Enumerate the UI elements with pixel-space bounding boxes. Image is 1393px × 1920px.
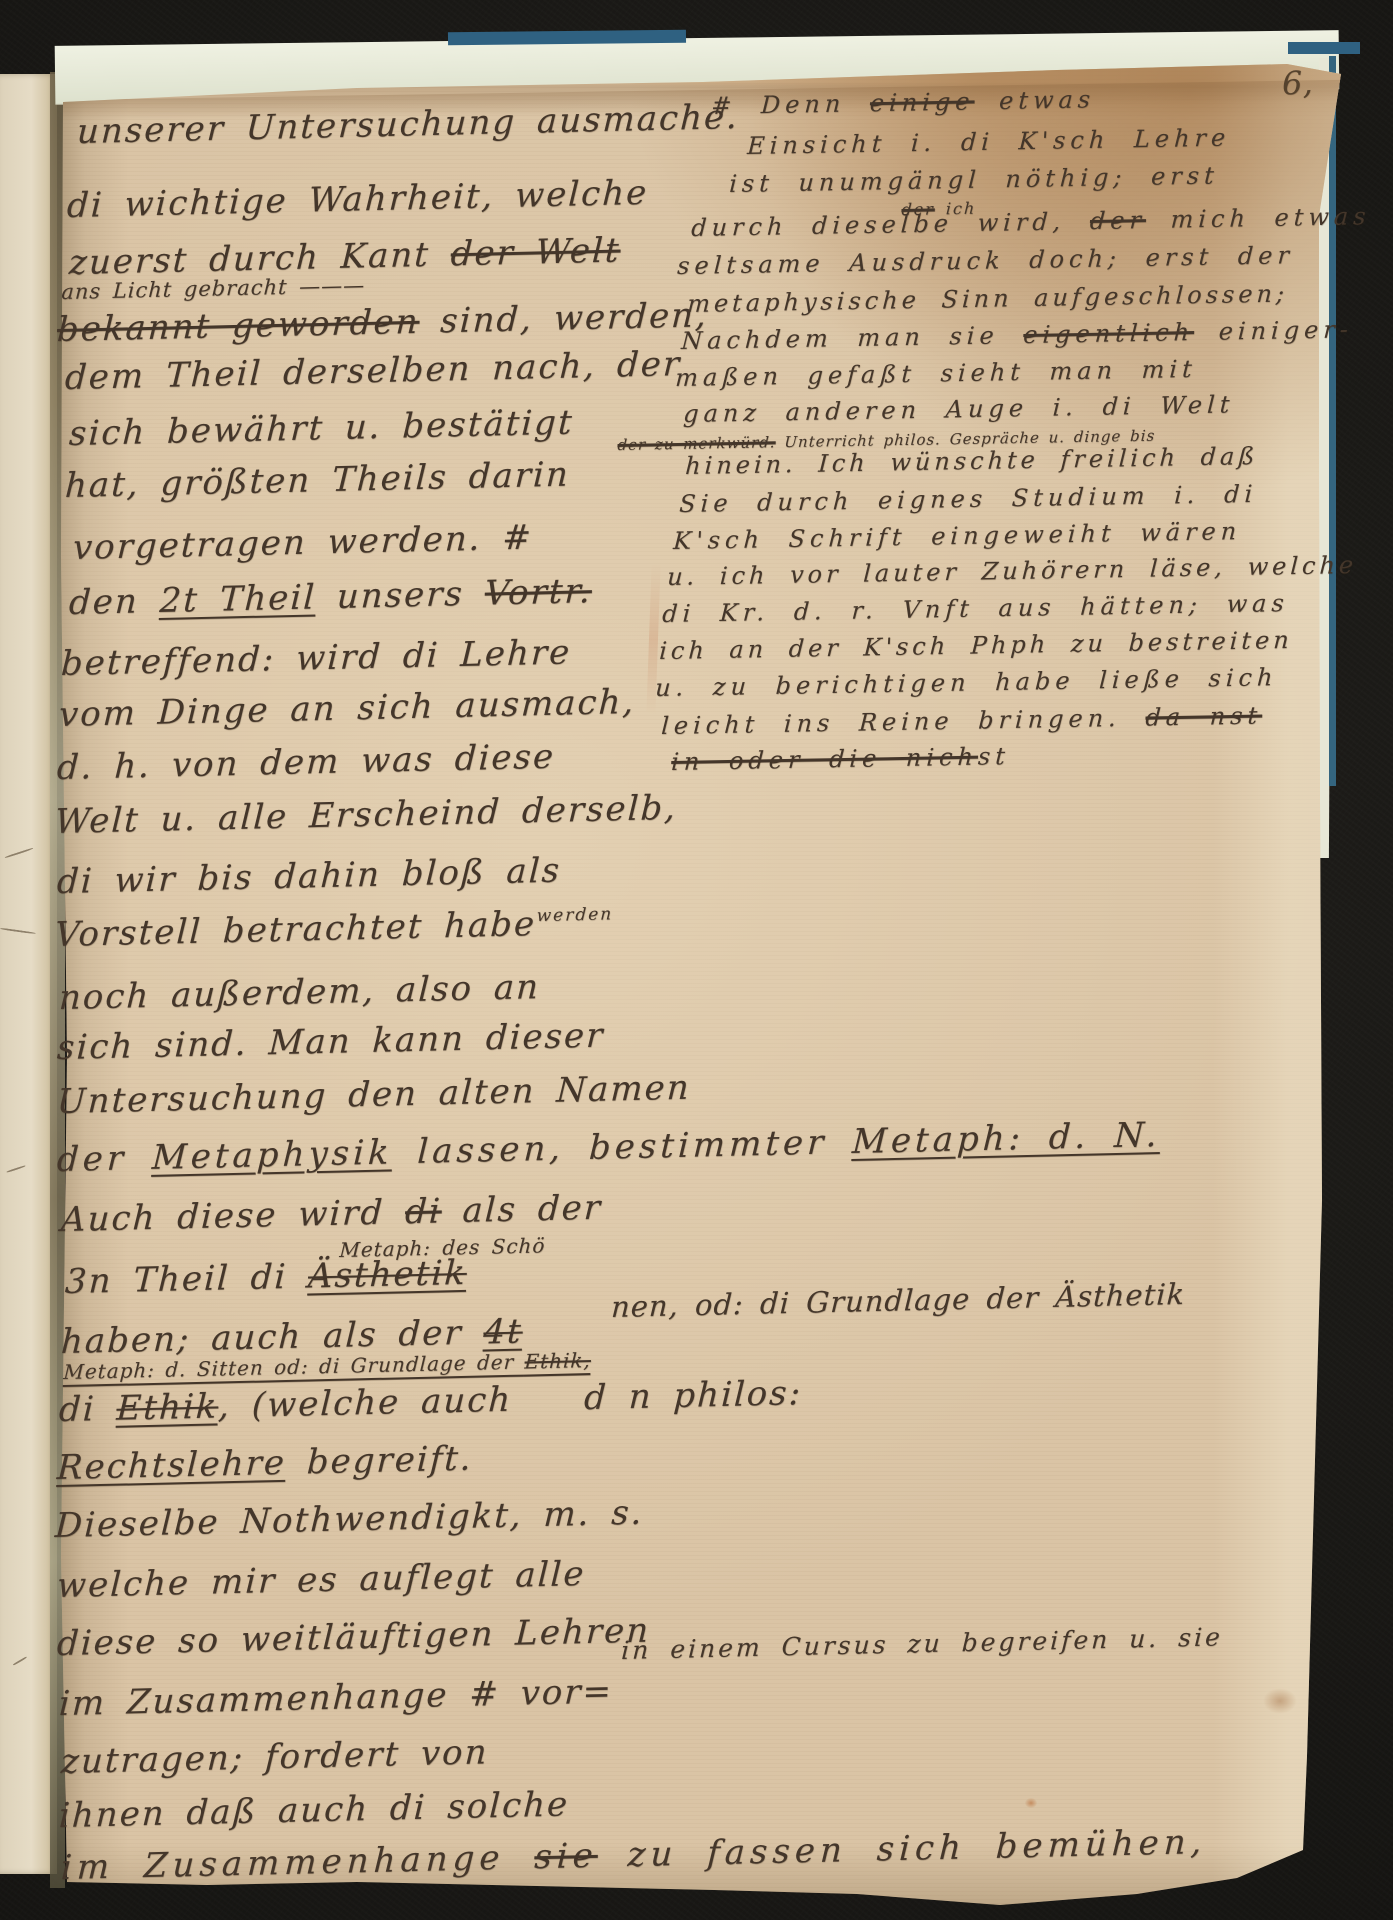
ink-bleed-mark — [0, 928, 36, 935]
manuscript-page — [57, 56, 1343, 1908]
ink-bleed-mark — [13, 1656, 28, 1666]
cover-edge-blue — [448, 30, 686, 45]
cover-edge-blue — [1329, 56, 1336, 786]
photo-background: 6, unserer Untersuchung ausmache.di wich… — [0, 0, 1393, 1920]
foxing-stain — [1025, 1798, 1037, 1808]
paper-crease — [646, 564, 660, 714]
foxing-stain — [1263, 1688, 1297, 1714]
cover-edge-blue — [1288, 42, 1360, 54]
adjacent-page-edge — [0, 74, 57, 1874]
ink-bleed-mark — [6, 1165, 26, 1173]
ink-bleed-mark — [4, 847, 33, 858]
